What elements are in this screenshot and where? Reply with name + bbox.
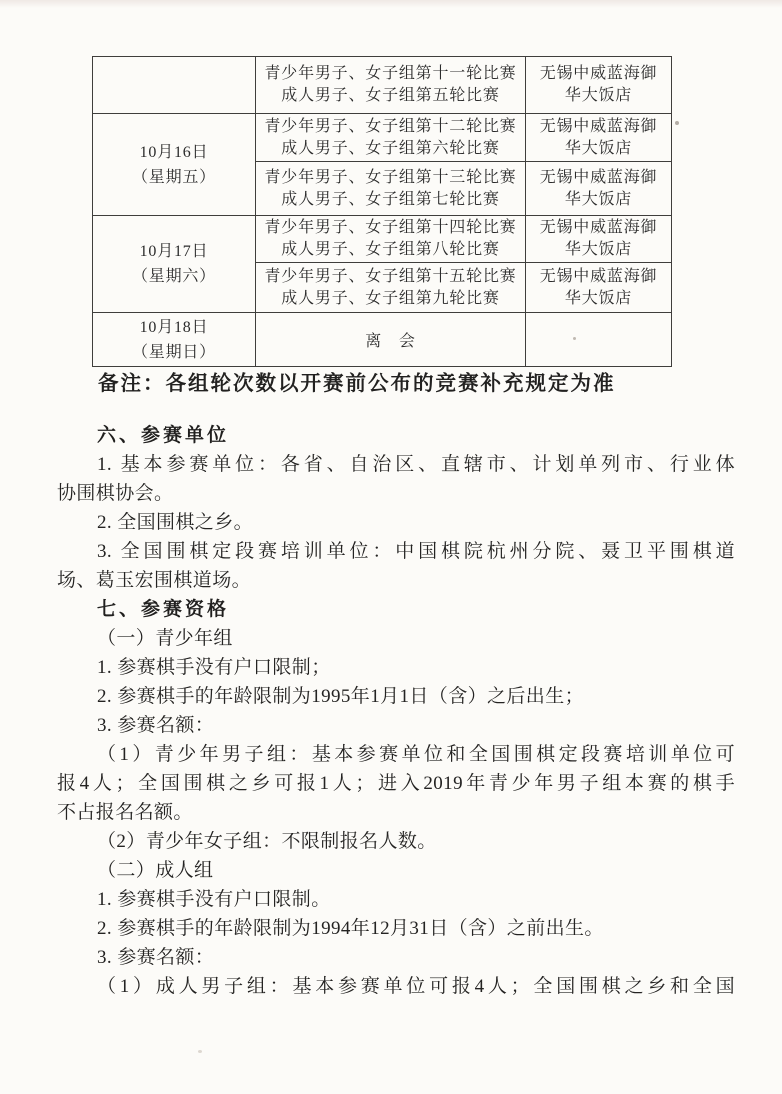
body-line: 3. 参赛名额：: [57, 943, 735, 972]
body-line: 1. 参赛棋手没有户口限制。: [57, 885, 735, 914]
venue-line: 无锡中威蓝海御: [526, 266, 671, 288]
table-row: 青少年男子、女子组第十一轮比赛 成人男子、女子组第五轮比赛 无锡中威蓝海御 华大…: [93, 57, 672, 114]
table-row: 10月17日 （星期六） 青少年男子、女子组第十四轮比赛 成人男子、女子组第八轮…: [93, 216, 672, 263]
table-row: 10月16日 （星期五） 青少年男子、女子组第十二轮比赛 成人男子、女子组第六轮…: [93, 114, 672, 162]
schedule-venue-cell: 无锡中威蓝海御 华大饭店: [526, 263, 672, 313]
event-line: 青少年男子、女子组第十二轮比赛: [256, 116, 525, 138]
venue-line: 无锡中威蓝海御: [526, 167, 671, 189]
event-line: 成人男子、女子组第五轮比赛: [256, 85, 525, 107]
body-line: 1. 参赛棋手没有户口限制；: [57, 653, 735, 682]
schedule-venue-cell: 无锡中威蓝海御 华大饭店: [526, 114, 672, 162]
event-line: 成人男子、女子组第六轮比赛: [256, 138, 525, 160]
table-row: 10月18日 （星期日） 离 会: [93, 313, 672, 367]
date-line: 10月18日: [93, 315, 255, 340]
venue-line: 无锡中威蓝海御: [526, 217, 671, 239]
document-body: 六、参赛单位 1. 基本参赛单位：各省、自治区、直辖市、计划单列市、行业体 协围…: [57, 421, 735, 1001]
schedule-venue-cell-empty: [526, 313, 672, 367]
schedule-venue-cell: 无锡中威蓝海御 华大饭店: [526, 162, 672, 216]
body-line: （1）成人男子组：基本参赛单位可报4人；全国围棋之乡和全国: [57, 972, 735, 1001]
scan-speck: [675, 121, 679, 125]
event-line: 成人男子、女子组第八轮比赛: [256, 239, 525, 261]
event-line: 青少年男子、女子组第十一轮比赛: [256, 63, 525, 85]
venue-line: 华大饭店: [526, 239, 671, 261]
event-line: 成人男子、女子组第九轮比赛: [256, 288, 525, 310]
date-line: （星期六）: [93, 264, 255, 289]
body-line: 不占报名名额。: [57, 798, 735, 827]
body-line: 2. 全国围棋之乡。: [57, 508, 735, 537]
event-line: 青少年男子、女子组第十三轮比赛: [256, 167, 525, 189]
body-line: 2. 参赛棋手的年龄限制为1994年12月31日（含）之前出生。: [57, 914, 735, 943]
body-line: 场、葛玉宏围棋道场。: [57, 566, 735, 595]
schedule-date-cell-oct18: 10月18日 （星期日）: [93, 313, 256, 367]
body-line: （一）青少年组: [57, 624, 735, 653]
schedule-date-cell-oct17: 10月17日 （星期六）: [93, 216, 256, 313]
schedule-event-cell: 青少年男子、女子组第十四轮比赛 成人男子、女子组第八轮比赛: [256, 216, 526, 263]
scanned-document-page: 青少年男子、女子组第十一轮比赛 成人男子、女子组第五轮比赛 无锡中威蓝海御 华大…: [0, 0, 782, 1094]
venue-line: 华大饭店: [526, 189, 671, 211]
schedule-event-cell: 青少年男子、女子组第十二轮比赛 成人男子、女子组第六轮比赛: [256, 114, 526, 162]
venue-line: 华大饭店: [526, 138, 671, 160]
note-line: 备注：各组轮次数以开赛前公布的竞赛补充规定为准: [57, 369, 782, 399]
body-line: （1）青少年男子组：基本参赛单位和全国围棋定段赛培训单位可: [57, 740, 735, 769]
body-line: 报4人；全国围棋之乡可报1人；进入2019年青少年男子组本赛的棋手: [57, 769, 735, 798]
body-line: 3. 全国围棋定段赛培训单位：中国棋院杭州分院、聂卫平围棋道: [57, 537, 735, 566]
section-heading-6: 六、参赛单位: [57, 421, 735, 450]
scan-noise-top-edge: [0, 0, 782, 8]
schedule-table: 青少年男子、女子组第十一轮比赛 成人男子、女子组第五轮比赛 无锡中威蓝海御 华大…: [92, 56, 672, 367]
venue-line: 华大饭店: [526, 288, 671, 310]
event-line: 青少年男子、女子组第十五轮比赛: [256, 266, 525, 288]
venue-line: 无锡中威蓝海御: [526, 63, 671, 85]
date-line: 10月17日: [93, 239, 255, 264]
event-line: 成人男子、女子组第七轮比赛: [256, 189, 525, 211]
venue-line: 无锡中威蓝海御: [526, 116, 671, 138]
body-line: 3. 参赛名额：: [57, 711, 735, 740]
schedule-event-cell: 青少年男子、女子组第十五轮比赛 成人男子、女子组第九轮比赛: [256, 263, 526, 313]
body-line: 1. 基本参赛单位：各省、自治区、直辖市、计划单列市、行业体: [57, 450, 735, 479]
schedule-venue-cell: 无锡中威蓝海御 华大饭店: [526, 216, 672, 263]
schedule-date-cell-oct16: 10月16日 （星期五）: [93, 114, 256, 216]
venue-line: 华大饭店: [526, 85, 671, 107]
body-line: 协围棋协会。: [57, 479, 735, 508]
section-heading-7: 七、参赛资格: [57, 595, 735, 624]
scan-speck: [198, 1050, 202, 1053]
schedule-leave-cell: 离 会: [256, 313, 526, 367]
date-line: （星期日）: [93, 340, 255, 365]
body-line: 2. 参赛棋手的年龄限制为1995年1月1日（含）之后出生；: [57, 682, 735, 711]
schedule-event-cell: 青少年男子、女子组第十一轮比赛 成人男子、女子组第五轮比赛: [256, 57, 526, 114]
event-line: 青少年男子、女子组第十四轮比赛: [256, 217, 525, 239]
schedule-venue-cell: 无锡中威蓝海御 华大饭店: [526, 57, 672, 114]
body-line: （二）成人组: [57, 856, 735, 885]
schedule-date-cell-empty: [93, 57, 256, 114]
schedule-event-cell: 青少年男子、女子组第十三轮比赛 成人男子、女子组第七轮比赛: [256, 162, 526, 216]
date-line: （星期五）: [93, 165, 255, 190]
body-line: （2）青少年女子组：不限制报名人数。: [57, 827, 735, 856]
date-line: 10月16日: [93, 140, 255, 165]
